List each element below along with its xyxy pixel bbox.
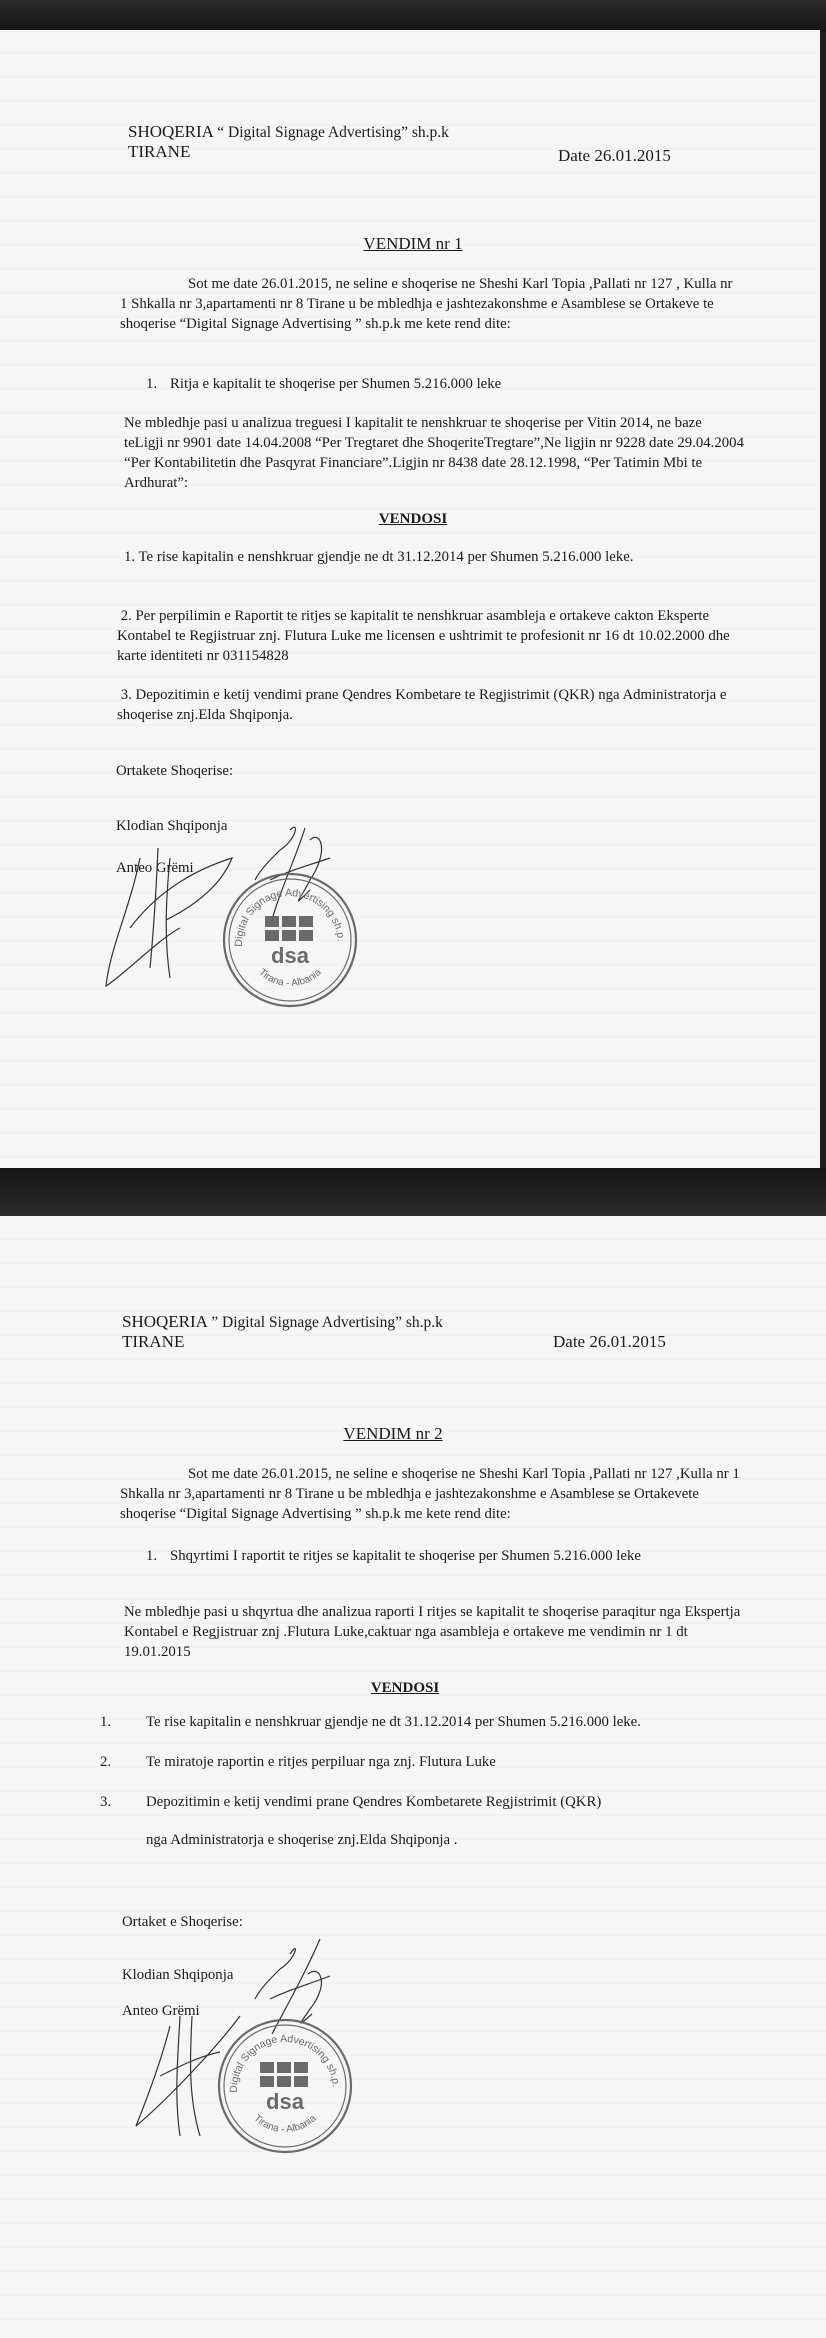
svg-text:dsa: dsa bbox=[266, 2089, 305, 2114]
analysis-paragraph: Ne mbledhje pasi u shqyrtua dhe analizua… bbox=[124, 1602, 744, 1662]
analysis-paragraph: Ne mbledhje pasi u analizua treguesi I k… bbox=[124, 413, 744, 493]
company-prefix: SHOQERIA bbox=[122, 1312, 207, 1331]
document-page-1: SHOQERIA “ Digital Signage Advertising” … bbox=[0, 30, 820, 1170]
decision-item: 3.Depozitimin e ketij vendimi prane Qend… bbox=[106, 1792, 744, 1812]
decides-heading: VENDOSI bbox=[0, 511, 826, 528]
decision-number: 1. bbox=[124, 549, 135, 565]
decision-item: 2. Per perpilimin e Raportit te ritjes s… bbox=[117, 606, 739, 666]
decision-text: Depozitimin e ketij vendimi prane Qendre… bbox=[146, 1794, 601, 1810]
decision-item: 2.Te miratoje raportin e ritjes perpilua… bbox=[106, 1752, 744, 1772]
decision-title: VENDIM nr 2 bbox=[0, 1424, 806, 1444]
agenda-number: 1. bbox=[146, 1546, 170, 1566]
intro-paragraph: Sot me date 26.01.2015, ne seline e shoq… bbox=[120, 274, 740, 334]
agenda-text: Ritja e kapitalit te shoqerise per Shume… bbox=[170, 376, 501, 392]
partners-label: Ortakete Shoqerise: bbox=[116, 763, 233, 780]
company-header: SHOQERIA “ Digital Signage Advertising” … bbox=[128, 122, 449, 142]
company-stamp: Digital Signage Advertising sh.p.k dsa T… bbox=[220, 870, 360, 1010]
agenda-number: 1. bbox=[146, 374, 170, 394]
decision-number: 3. bbox=[121, 687, 132, 703]
scan-border-top bbox=[0, 0, 826, 32]
city: TIRANE bbox=[128, 142, 190, 162]
decision-number: 2. bbox=[121, 608, 132, 624]
company-name: “ Digital Signage Advertising” sh.p.k bbox=[217, 124, 449, 141]
company-header: SHOQERIA ” Digital Signage Advertising” … bbox=[122, 1312, 443, 1332]
svg-text:Tirana - Albania: Tirana - Albania bbox=[251, 2113, 318, 2135]
agenda-item: 1.Ritja e kapitalit te shoqerise per Shu… bbox=[146, 374, 766, 394]
decision-text: Te rise kapitalin e nenshkruar gjendje n… bbox=[146, 1714, 641, 1730]
company-prefix: SHOQERIA bbox=[128, 122, 213, 141]
company-stamp: Digital Signage Advertising sh.p.k dsa T… bbox=[215, 2016, 355, 2156]
decision-title: VENDIM nr 1 bbox=[0, 234, 826, 254]
decision-number: 3. bbox=[122, 1792, 146, 1812]
document-page-2: SHOQERIA ” Digital Signage Advertising” … bbox=[0, 1216, 826, 2338]
decision-item: 3. Depozitimin e ketij vendimi prane Qen… bbox=[117, 685, 739, 725]
agenda-text: Shqyrtimi I raportit te ritjes se kapita… bbox=[170, 1548, 641, 1564]
svg-text:Tirana - Albania: Tirana - Albania bbox=[256, 967, 323, 989]
decision-text: Te rise kapitalin e nenshkruar gjendje n… bbox=[139, 549, 634, 565]
decision-item: 1. Te rise kapitalin e nenshkruar gjendj… bbox=[124, 547, 744, 567]
decision-continuation: nga Administratorja e shoqerise znj.Elda… bbox=[146, 1830, 766, 1850]
decides-heading: VENDOSI bbox=[0, 1680, 818, 1697]
partner-name: Klodian Shqiponja bbox=[122, 1967, 233, 1984]
city: TIRANE bbox=[122, 1332, 184, 1352]
intro-paragraph: Sot me date 26.01.2015, ne seline e shoq… bbox=[120, 1464, 740, 1524]
partners-label: Ortaket e Shoqerise: bbox=[122, 1914, 243, 1931]
decision-number: 1. bbox=[122, 1712, 146, 1732]
document-date: Date 26.01.2015 bbox=[558, 146, 671, 166]
decision-text: Depozitimin e ketij vendimi prane Qendre… bbox=[117, 687, 726, 723]
decision-number: 2. bbox=[122, 1752, 146, 1772]
decision-text: Te miratoje raportin e ritjes perpiluar … bbox=[146, 1754, 496, 1770]
company-name: ” Digital Signage Advertising” sh.p.k bbox=[211, 1314, 443, 1331]
page-separator bbox=[0, 1168, 826, 1218]
agenda-item: 1.Shqyrtimi I raportit te ritjes se kapi… bbox=[146, 1546, 746, 1566]
decision-item: 1.Te rise kapitalin e nenshkruar gjendje… bbox=[106, 1712, 704, 1732]
decision-text: Per perpilimin e Raportit te ritjes se k… bbox=[117, 608, 730, 664]
svg-text:dsa: dsa bbox=[271, 943, 310, 968]
document-date: Date 26.01.2015 bbox=[553, 1332, 666, 1352]
